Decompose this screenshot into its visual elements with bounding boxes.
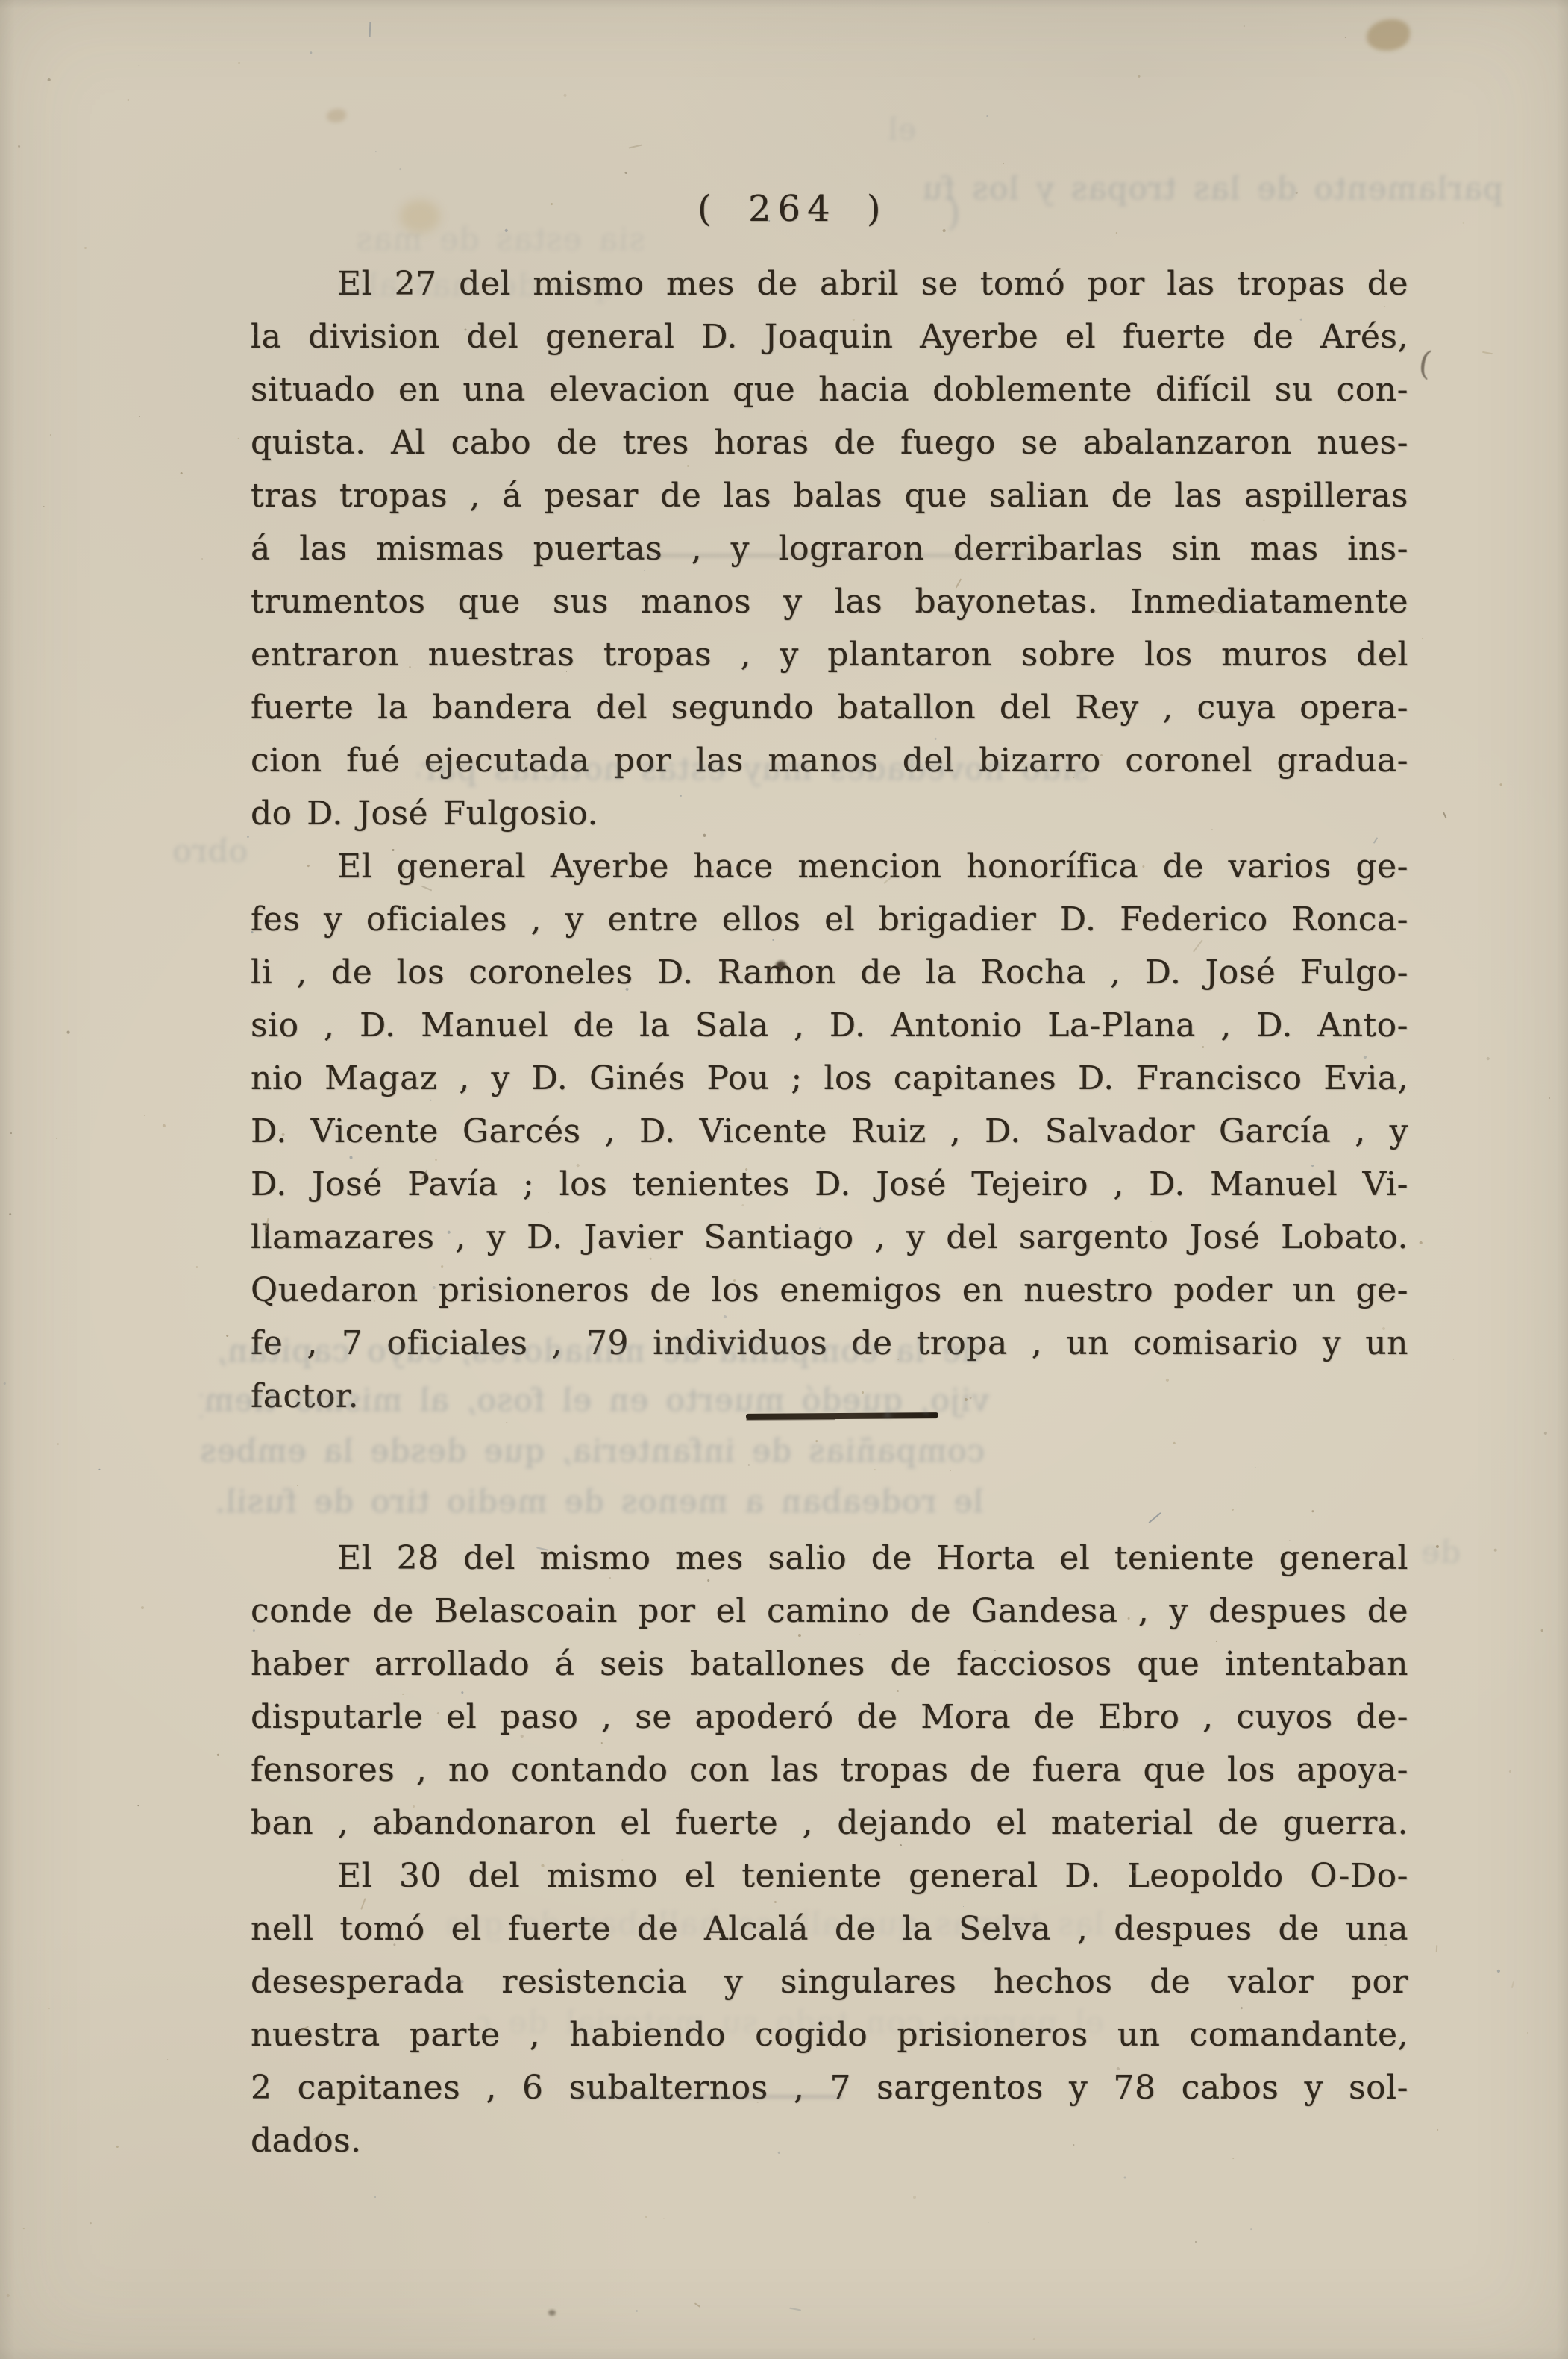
paper-speck (1487, 1056, 1490, 1060)
text-line: entraron nuestras tropas , y plantaron s… (251, 628, 1408, 681)
text-line: dados. (251, 2114, 1408, 2167)
text-line: Quedaron prisioneros de los enemigos en … (251, 1264, 1408, 1317)
paper-speck (1422, 637, 1423, 639)
paper-speck (1482, 351, 1493, 354)
paper-speck (1549, 1097, 1550, 1098)
text-line: desesperada resistencia y singulares hec… (251, 1955, 1408, 2008)
paper-speck (1494, 1549, 1497, 1552)
paper-speck (789, 2308, 801, 2311)
paper-speck (1463, 222, 1464, 224)
paper-speck (1116, 232, 1117, 234)
paragraph: El 27 del mismo mes de abril se tomó por… (251, 257, 1408, 840)
paper-speck (10, 1132, 12, 1135)
paper-speck (375, 151, 377, 153)
paper-speck (247, 835, 249, 837)
paper-stain (548, 2310, 556, 2316)
paper-speck (1138, 75, 1141, 78)
paragraph: El 30 del mismo el teniente general D. L… (251, 1849, 1408, 2167)
paper-speck (563, 94, 567, 98)
paper-speck (943, 229, 947, 233)
paper-speck (201, 558, 203, 560)
text-line: sio , D. Manuel de la Sala , D. Antonio … (251, 999, 1408, 1052)
paper-speck (238, 62, 241, 65)
paper-speck (99, 1469, 101, 1470)
paper-speck (48, 78, 51, 82)
paragraph: El general Ayerbe hace mencion honorífic… (251, 840, 1408, 1423)
text-line: fuerte la bandera del segundo batallon d… (251, 681, 1408, 734)
text-line: nuestra parte , habiendo cogido prisione… (251, 2008, 1408, 2061)
paper-speck (310, 51, 313, 54)
paper-speck (22, 1351, 23, 1353)
text-line: la division del general D. Joaquin Ayerb… (251, 310, 1408, 363)
text-line: tras tropas , á pesar de las balas que s… (251, 469, 1408, 522)
text-line: quista. Al cabo de tres horas de fuego s… (251, 416, 1408, 469)
text-line: trumentos que sus manos y las bayonetas.… (251, 575, 1408, 628)
paper-speck (18, 145, 20, 148)
text-line: El 28 del mismo mes salio de Horta el te… (251, 1532, 1408, 1585)
paper-speck (6, 2294, 10, 2299)
stray-ink-mark: ( (1417, 344, 1434, 383)
paper-speck (1511, 1981, 1514, 1989)
paragraph: El 28 del mismo mes salio de Horta el te… (251, 1532, 1408, 1849)
paper-speck (374, 2196, 376, 2198)
paper-speck (472, 119, 474, 120)
paper-speck (225, 1312, 226, 1312)
paper-speck (1344, 37, 1346, 38)
text-line: fensores , no contando con las tropas de… (251, 1744, 1408, 1796)
paper-speck (398, 168, 401, 171)
paper-stain (400, 200, 440, 233)
paper-speck (23, 2228, 25, 2229)
text-line: D. Vicente Garcés , D. Vicente Ruiz , D.… (251, 1105, 1408, 1158)
scanned-book-page: ( 264 ) El 27 del mismo mes de abril se … (0, 0, 1568, 2359)
paper-speck (4, 1382, 7, 1385)
text-line: haber arrollado á seis batallones de fac… (251, 1638, 1408, 1691)
paper-speck (1195, 2241, 1197, 2243)
text-line: conde de Belascoain por el camino de Gan… (251, 1585, 1408, 1638)
paper-speck (50, 434, 51, 436)
paper-speck (1443, 812, 1446, 819)
paper-speck (67, 1030, 70, 1033)
paper-speck (505, 229, 509, 233)
text-line: ban , abandonaron el fuerte , dejando el… (251, 1796, 1408, 1849)
paper-speck (1543, 1432, 1547, 1435)
paper-speck (141, 1606, 145, 1610)
paper-speck (1437, 2128, 1439, 2131)
paper-speck (369, 22, 371, 37)
paper-speck (1123, 2176, 1126, 2179)
paper-speck (1526, 2031, 1528, 2034)
paper-speck (56, 1138, 57, 1139)
paper-speck (636, 2310, 638, 2312)
text-line: nell tomó el fuerte de Alcalá de la Selv… (251, 1902, 1408, 1955)
paper-speck (913, 2196, 916, 2199)
paper-speck (138, 1779, 139, 1779)
paper-speck (550, 203, 552, 205)
paper-speck (137, 1805, 139, 1807)
paper-speck (167, 2059, 168, 2060)
paper-speck (1436, 1945, 1438, 1953)
text-line: El general Ayerbe hace mencion honorífic… (251, 840, 1408, 893)
paper-speck (144, 1115, 145, 1117)
text-line: disputarle el paso , se apoderó de Mora … (251, 1691, 1408, 1744)
page-number: ( 264 ) (697, 188, 936, 230)
text-line: situado en una elevacion que hacia doble… (251, 363, 1408, 416)
paper-stain (1367, 19, 1410, 51)
text-line: cion fué ejecutada por las manos del biz… (251, 734, 1408, 787)
paper-speck (1435, 1544, 1439, 1548)
text-line: D. José Pavía ; los tenientes D. José Te… (251, 1158, 1408, 1211)
paper-speck (625, 172, 627, 174)
paper-speck (84, 246, 87, 249)
paper-speck (237, 437, 239, 439)
text-line: fes y oficiales , y entre ellos el briga… (251, 893, 1408, 946)
paper-speck (1419, 1241, 1423, 1244)
paper-speck (1033, 2338, 1036, 2341)
text-line: li , de los coroneles D. Ramon de la Roc… (251, 946, 1408, 999)
bleedthrough-text: el (827, 113, 916, 146)
paper-speck (1296, 192, 1298, 194)
text-line: 2 capitanes , 6 subalternos , 7 sargento… (251, 2061, 1408, 2114)
paper-speck (628, 145, 642, 149)
text-line: El 27 del mismo mes de abril se tomó por… (251, 257, 1408, 310)
paper-speck (662, 2218, 664, 2219)
text-line: á las mismas puertas , y lograron derrib… (251, 522, 1408, 575)
paper-speck (116, 2145, 119, 2148)
text-line: do D. José Fulgosio. (251, 787, 1408, 840)
paper-speck (195, 1266, 198, 1268)
paper-speck (694, 2303, 700, 2308)
paper-speck (1509, 1770, 1512, 1773)
paper-speck (1243, 25, 1244, 27)
paper-speck (43, 506, 45, 507)
paper-speck (226, 1334, 229, 1337)
paper-speck (988, 2222, 989, 2223)
paper-speck (986, 115, 989, 117)
bleedthrough-text: obro (136, 834, 248, 868)
paper-stain (327, 109, 346, 122)
paper-speck (1540, 1629, 1543, 1632)
paper-speck (181, 472, 183, 474)
paper-speck (1250, 2228, 1252, 2230)
paper-speck (139, 416, 141, 418)
text-line: fe , 7 oficiales , 79 individuos de trop… (251, 1317, 1408, 1370)
text-line: llamazares , y D. Javier Santiago , y de… (251, 1211, 1408, 1264)
paper-speck (128, 98, 129, 100)
paper-speck (56, 1442, 59, 1445)
text-line: El 30 del mismo el teniente general D. L… (251, 1849, 1408, 1902)
paper-speck (1497, 1969, 1501, 1973)
paper-speck (163, 1124, 166, 1127)
paper-speck (645, 2216, 647, 2218)
bleedthrough-text: sia estas de mas (295, 222, 645, 257)
paper-speck (138, 65, 140, 67)
paper-speck (1453, 1359, 1455, 1361)
bleedthrough-text: parlamento de las tropas y los fuertes s… (921, 172, 1503, 206)
paper-speck (216, 1754, 219, 1757)
paper-speck (1003, 163, 1005, 165)
text-line: nio Magaz , y D. Ginés Pou ; los capitan… (251, 1052, 1408, 1105)
paper-speck (1499, 783, 1502, 787)
paper-speck (48, 2007, 51, 2009)
paper-speck (90, 2222, 92, 2223)
text-block: El 27 del mismo mes de abril se tomó por… (251, 257, 1408, 2167)
paper-speck (9, 1212, 11, 1215)
